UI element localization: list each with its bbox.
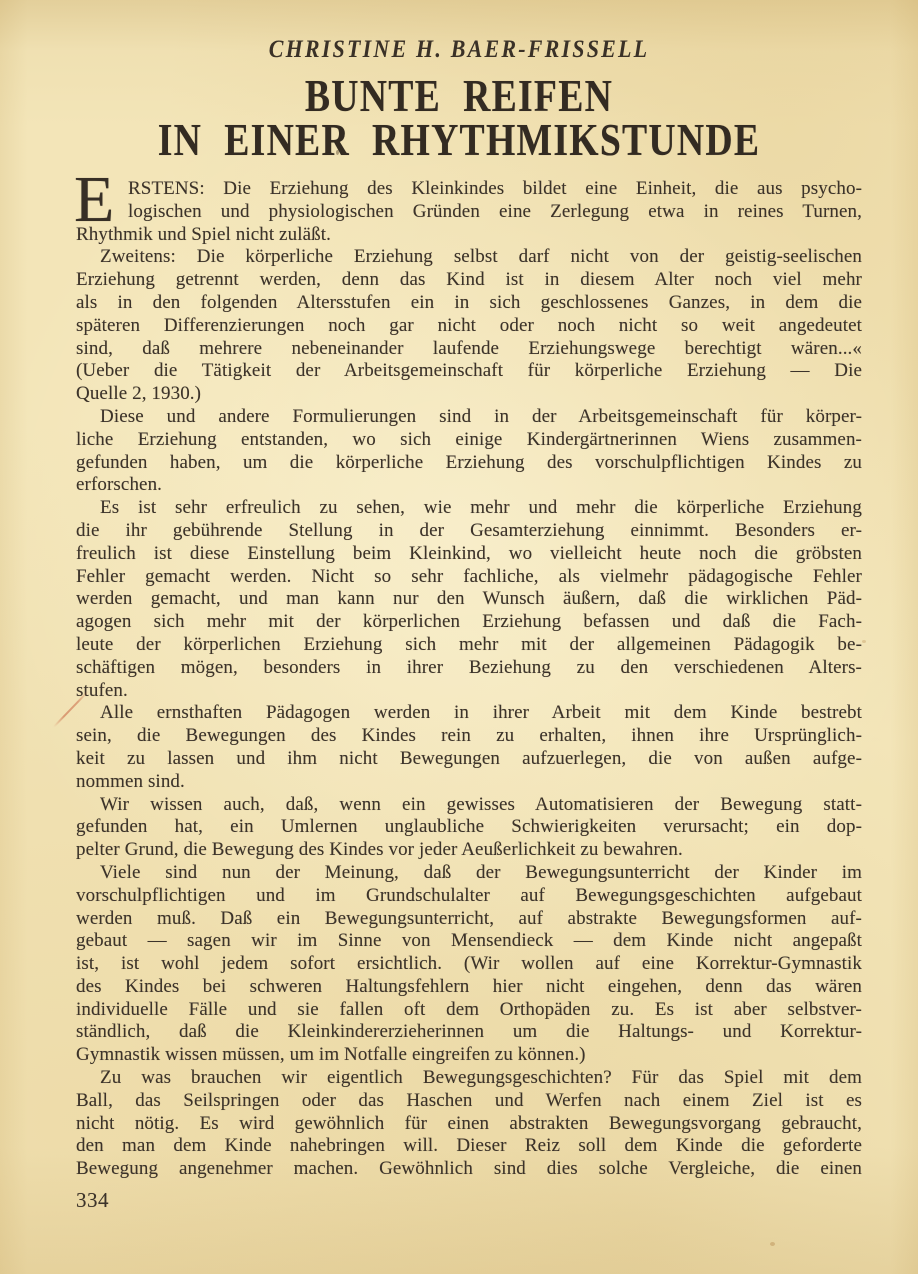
text-line: liche Erziehung entstanden, wo sich eini… — [76, 429, 862, 452]
text-line: leute der körperlichen Erziehung sich me… — [76, 634, 862, 657]
drop-cap: E — [74, 171, 114, 229]
text-line: Fehler gemacht werden. Nicht so sehr fac… — [76, 566, 862, 589]
text-line: ständlich, daß die Kleinkindererzieherin… — [76, 1021, 862, 1044]
paper-speck — [336, 150, 339, 155]
text-line: sind, daß mehrere nebeneinander laufende… — [76, 338, 862, 361]
text-line: erforschen. — [76, 474, 862, 497]
author-line: CHRISTINE H. BAER-FRISSELL — [55, 36, 863, 64]
paragraph: Diese und andere Formulierungen sind in … — [76, 406, 862, 497]
paragraph: Wir wissen auch, daß, wenn ein gewisses … — [76, 794, 862, 862]
text-line: gefunden haben, um die körperliche Erzie… — [76, 452, 862, 475]
article-body: ERSTENS: Die Erziehung des Kleinkindes b… — [76, 178, 862, 1181]
text-line: des Kindes bei schweren Haltungsfehlern … — [76, 976, 862, 999]
text-line: keit zu lassen und ihm nicht Bewegungen … — [76, 748, 862, 771]
text-line: späteren Differenzierungen noch gar nich… — [76, 315, 862, 338]
paragraph: Viele sind nun der Meinung, daß der Bewe… — [76, 862, 862, 1067]
text-line: nommen sind. — [76, 771, 862, 794]
text-line: Quelle 2, 1930.) — [76, 383, 862, 406]
text-line: Zu was brauchen wir eigentlich Bewegungs… — [76, 1067, 862, 1090]
text-line: sein, die Bewegungen des Kindes rein zu … — [76, 725, 862, 748]
page-number: 334 — [76, 1188, 109, 1213]
article-title-line-2: IN EINER RHYTHMIKSTUNDE — [83, 118, 836, 162]
text-line: Erziehung getrennt werden, denn das Kind… — [76, 269, 862, 292]
text-line: den man dem Kinde nahebringen will. Dies… — [76, 1135, 862, 1158]
article-title: BUNTE REIFEN IN EINER RHYTHMIKSTUNDE — [0, 74, 918, 162]
text-line: vorschulpflichtigen und im Grundschulalt… — [76, 885, 862, 908]
text-line: Zweitens: Die körperliche Erziehung selb… — [76, 246, 862, 269]
text-line: werden gemacht, und man kann nur den Wun… — [76, 588, 862, 611]
text-line: stufen. — [76, 680, 862, 703]
text-line: (Ueber die Tätigkeit der Arbeitsgemeinsc… — [76, 360, 862, 383]
text-line: logischen und physiologischen Gründen ei… — [76, 201, 862, 224]
paper-speck — [770, 1242, 775, 1246]
text-line: agogen sich mehr mit der körperlichen Er… — [76, 611, 862, 634]
text-line: Viele sind nun der Meinung, daß der Bewe… — [76, 862, 862, 885]
text-line: Rhythmik und Spiel nicht zuläßt. — [76, 224, 862, 247]
text-line: Gymnastik wissen müssen, um im Notfalle … — [76, 1044, 862, 1067]
book-page-scan: CHRISTINE H. BAER-FRISSELL BUNTE REIFEN … — [0, 0, 918, 1274]
text-line: freulich ist diese Einstellung beim Klei… — [76, 543, 862, 566]
article-title-line-1: BUNTE REIFEN — [83, 74, 836, 118]
text-line: werden muß. Daß ein Bewegungsunterricht,… — [76, 908, 862, 931]
text-line: Diese und andere Formulierungen sind in … — [76, 406, 862, 429]
text-line: ist, ist wohl jedem sofort ersichtlich. … — [76, 953, 862, 976]
text-line: pelter Grund, die Bewegung des Kindes vo… — [76, 839, 862, 862]
text-line: nicht nötig. Es wird gewöhnlich für eine… — [76, 1113, 862, 1136]
paragraph: Zu was brauchen wir eigentlich Bewegungs… — [76, 1067, 862, 1181]
text-line: schäftigen mögen, besonders in ihrer Bez… — [76, 657, 862, 680]
text-line: RSTENS: Die Erziehung des Kleinkindes bi… — [76, 178, 862, 201]
text-line: gefunden hat, ein Umlernen unglaubliche … — [76, 816, 862, 839]
text-line: gebaut — sagen wir im Sinne von Mensendi… — [76, 930, 862, 953]
text-line: als in den folgenden Altersstufen ein in… — [76, 292, 862, 315]
paragraph: ERSTENS: Die Erziehung des Kleinkindes b… — [76, 178, 862, 246]
text-line: Wir wissen auch, daß, wenn ein gewisses … — [76, 794, 862, 817]
paper-speck — [862, 640, 866, 643]
paragraph: Alle ernsthaften Pädagogen werden in ihr… — [76, 702, 862, 793]
text-line: Alle ernsthaften Pädagogen werden in ihr… — [76, 702, 862, 725]
text-line: die ihr gebührende Stellung in der Gesam… — [76, 520, 862, 543]
text-line: Es ist sehr erfreulich zu sehen, wie meh… — [76, 497, 862, 520]
text-line: individuelle Fälle und sie fallen oft de… — [76, 999, 862, 1022]
text-line: Ball, das Seilspringen oder das Haschen … — [76, 1090, 862, 1113]
paragraph: Zweitens: Die körperliche Erziehung selb… — [76, 246, 862, 406]
paragraph: Es ist sehr erfreulich zu sehen, wie meh… — [76, 497, 862, 702]
text-line: Bewegung angenehmer machen. Gewöhnlich s… — [76, 1158, 862, 1181]
